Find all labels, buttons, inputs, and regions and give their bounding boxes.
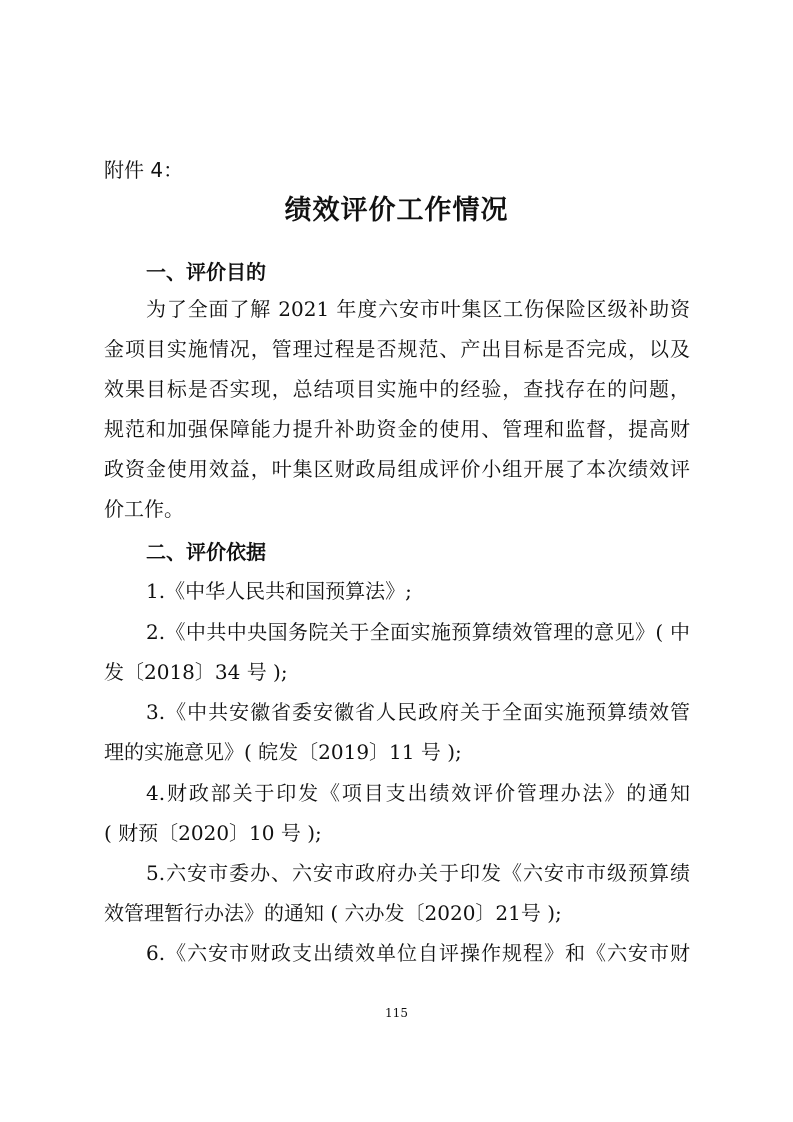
- list-item-cont: 效管理暂行办法》的通知 ( 六办发〔2020〕21号 );: [104, 897, 690, 926]
- attachment-label: 附件 4：: [104, 154, 183, 183]
- list-item: 5.六安市委办、六安市政府办关于印发《六安市市级预算绩: [146, 857, 690, 886]
- list-item-cont: 发〔2018〕34 号 );: [104, 656, 690, 685]
- section-heading-basis: 二、评价依据: [146, 536, 266, 565]
- list-item-cont: 理的实施意见》( 皖发〔2019〕11 号 );: [104, 736, 690, 765]
- paragraph-line: 金项目实施情况，管理过程是否规范、产出目标是否完成，以及: [104, 333, 690, 362]
- paragraph-line: 效果目标是否实现，总结项目实施中的经验，查找存在的问题，: [104, 373, 690, 402]
- list-item: 2.《中共中央国务院关于全面实施预算绩效管理的意见》( 中: [146, 616, 690, 645]
- paragraph-line: 为了全面了解 2021 年度六安市叶集区工伤保险区级补助资: [146, 293, 690, 322]
- list-item: 4.财政部关于印发《项目支出绩效评价管理办法》的通知: [146, 777, 690, 806]
- document-title: 绩效评价工作情况: [0, 188, 793, 227]
- paragraph-line: 价工作。: [104, 493, 690, 522]
- list-item: 1.《中华人民共和国预算法》;: [146, 575, 690, 604]
- list-item: 6.《六安市财政支出绩效单位自评操作规程》和《六安市财: [146, 937, 690, 966]
- paragraph-line: 规范和加强保障能力提升补助资金的使用、管理和监督，提高财: [104, 413, 690, 442]
- list-item: 3.《中共安徽省委安徽省人民政府关于全面实施预算绩效管: [146, 696, 690, 725]
- paragraph-line: 政资金使用效益，叶集区财政局组成评价小组开展了本次绩效评: [104, 453, 690, 482]
- list-item-cont: ( 财预〔2020〕10 号 );: [104, 817, 690, 846]
- section-heading-purpose: 一、评价目的: [146, 256, 266, 285]
- page-number: 115: [0, 1006, 793, 1020]
